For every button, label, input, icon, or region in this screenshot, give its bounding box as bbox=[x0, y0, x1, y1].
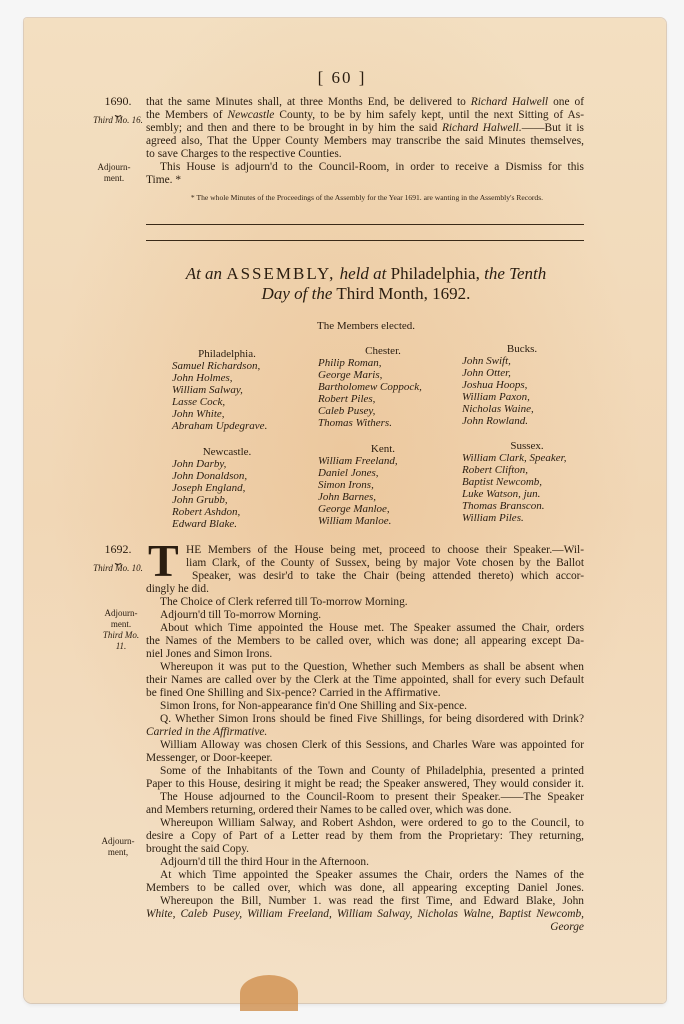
text-line: Messenger, or Door-keeper. bbox=[146, 752, 584, 765]
text-line: Carried in the Affirmative. bbox=[146, 726, 584, 739]
text-line: niel Jones and Simon Irons. bbox=[146, 648, 584, 661]
text-line: Speaker, was desir'd to take the Chair (… bbox=[192, 570, 584, 583]
margin-date-1690: 1690. ⏟ Third Mo. 16. bbox=[92, 96, 144, 126]
text-line: dingly he did. bbox=[146, 583, 584, 596]
text-line: be fined One Shilling and Six-pence? Car… bbox=[146, 687, 584, 700]
text-line: the Members of Newcastle County, to be b… bbox=[146, 109, 584, 122]
brace-ornament-icon: ⏟ bbox=[92, 556, 144, 563]
text-line: About which Time appointed the House met… bbox=[146, 622, 584, 635]
text-line: HE Members of the House being met, proce… bbox=[186, 544, 584, 557]
county-kent: Kent. William Freeland,Daniel Jones,Simo… bbox=[318, 443, 448, 527]
margin-adjournment-note: Adjourn-ment.Third Mo. 11. bbox=[98, 608, 144, 652]
text-line: desire a Copy of Part of a Letter read b… bbox=[146, 830, 584, 843]
page-number: [ 60 ] bbox=[0, 68, 684, 88]
assembly-heading-line1: At an ASSEMBLY, held at Philadelphia, th… bbox=[146, 264, 586, 284]
text-line: The House adjourned to the Council-Room … bbox=[146, 791, 584, 804]
text-line: sembly; and then and there to be brought… bbox=[146, 122, 584, 135]
county-chester: Chester. Philip Roman,George Maris,Barth… bbox=[318, 345, 448, 429]
margin-date: Third Mo. 16. bbox=[93, 115, 143, 125]
text-line: Simon Irons, for Non-appearance fin'd On… bbox=[146, 700, 584, 713]
margin-adjournment-note: Adjourn-ment. bbox=[94, 162, 134, 184]
text-line: the Names of the Members to be called ov… bbox=[146, 635, 584, 648]
text-line: to save Charges to the respective Counti… bbox=[146, 148, 584, 161]
footnote: * The whole Minutes of the Proceedings o… bbox=[150, 193, 584, 202]
county-philadelphia: Philadelphia. Samuel Richardson,John Hol… bbox=[172, 348, 282, 432]
text-line: their Names are called over by the Clerk… bbox=[146, 674, 584, 687]
text-line: Adjourn'd till the third Hour in the Aft… bbox=[146, 856, 584, 869]
brace-ornament-icon: ⏟ bbox=[92, 108, 144, 115]
text-line: brought the said Copy. bbox=[146, 843, 584, 856]
margin-adjournment-note: Adjourn-ment, bbox=[98, 836, 138, 858]
assembly-heading-line2: Day of the Third Month, 1692. bbox=[146, 284, 586, 304]
text-line: Time. * bbox=[146, 174, 584, 187]
paper-stain bbox=[240, 975, 298, 1011]
text-line: At which Time appointed the Speaker assu… bbox=[146, 869, 584, 882]
catchword: George bbox=[146, 921, 584, 934]
text-line: Whereupon it was put to the Question, Wh… bbox=[146, 661, 584, 674]
text-line: Whereupon William Salway, and Robert Ash… bbox=[146, 817, 584, 830]
text-line: William Alloway was chosen Clerk of this… bbox=[146, 739, 584, 752]
text-line: Paper to this House, desiring it might b… bbox=[146, 778, 584, 791]
margin-date-1692: 1692. ⏟ Third Mo. 10. bbox=[92, 544, 144, 574]
county-sussex: Sussex. William Clark, Speaker,Robert Cl… bbox=[462, 440, 592, 524]
text-line: Whereupon the Bill, Number 1. was read t… bbox=[146, 895, 584, 908]
members-elected-title: The Members elected. bbox=[146, 320, 586, 332]
text-line: This House is adjourn'd to the Council-R… bbox=[146, 161, 584, 174]
text-line: Some of the Inhabitants of the Town and … bbox=[146, 765, 584, 778]
text-line: liam Clark, of the County of Sussex, bei… bbox=[186, 557, 584, 570]
text-line: The Choice of Clerk referred till To-mor… bbox=[146, 596, 584, 609]
text-line: Adjourn'd till To-morrow Morning. bbox=[146, 609, 584, 622]
text-line: White, Caleb Pusey, William Freeland, Wi… bbox=[146, 908, 584, 921]
divider-rule bbox=[146, 224, 584, 225]
divider-rule bbox=[146, 240, 584, 241]
text-line: and Members returning, ordered their Nam… bbox=[146, 804, 584, 817]
text-line: Members to be called over, which was don… bbox=[146, 882, 584, 895]
county-newcastle: Newcastle. John Darby,John Donaldson,Jos… bbox=[172, 446, 282, 530]
county-bucks: Bucks. John Swift,John Otter,Joshua Hoop… bbox=[462, 343, 582, 427]
text-line: agreed also, That the Upper County Membe… bbox=[146, 135, 584, 148]
text-line: that the same Minutes shall, at three Mo… bbox=[146, 96, 584, 109]
text-line: Q. Whether Simon Irons should be fined F… bbox=[146, 713, 584, 726]
drop-cap: T bbox=[148, 541, 179, 581]
